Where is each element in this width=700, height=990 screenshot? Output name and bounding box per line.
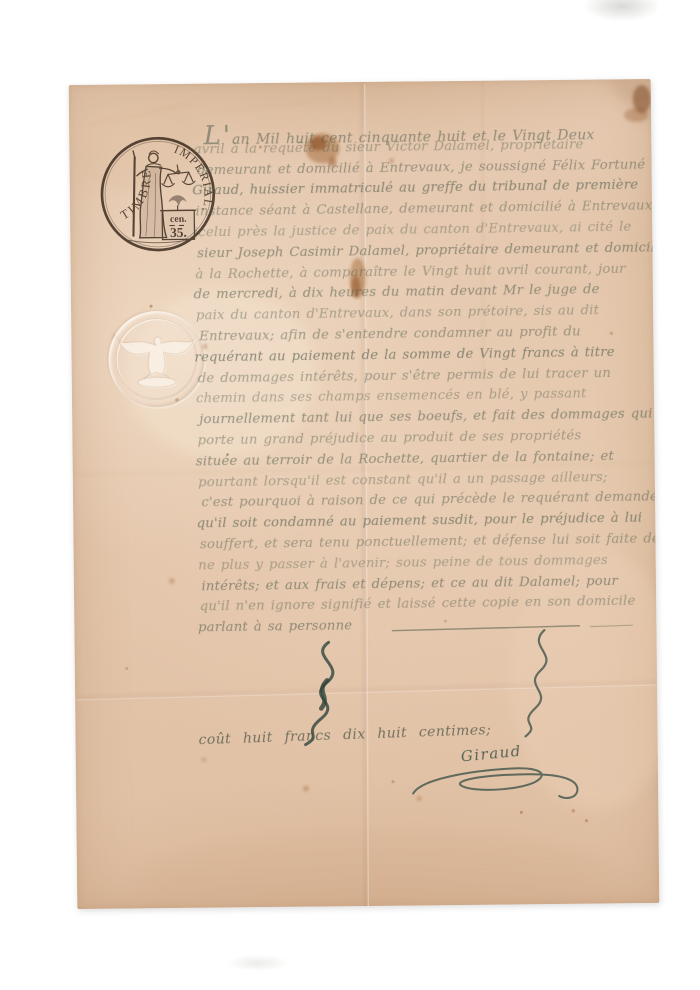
imperial-eagle-emboss-icon: [108, 311, 205, 408]
stamp-eagle-icon: [168, 195, 187, 210]
stamp-denomination: cen. 35.: [160, 210, 197, 240]
handwritten-body: L'an Mil huit cent cinquante huit et le …: [191, 115, 659, 641]
paper-sheet: TIMBRE IMPERIAL.: [69, 79, 660, 909]
stamp-denomination-value: 35.: [170, 225, 187, 240]
signature: Giraud: [460, 742, 523, 766]
stamp-denomination-unit: cen.: [170, 214, 187, 225]
signature-flourish: [413, 768, 578, 800]
stamp-scales-icon: [162, 165, 195, 187]
paraphe-right: [524, 630, 547, 736]
scanned-document-photo: TIMBRE IMPERIAL.: [0, 0, 700, 990]
cost-line: coût huit francs dix huit centimes;: [198, 722, 491, 748]
paraphe-left-accent: [321, 680, 327, 708]
embossed-seal: [108, 311, 205, 408]
